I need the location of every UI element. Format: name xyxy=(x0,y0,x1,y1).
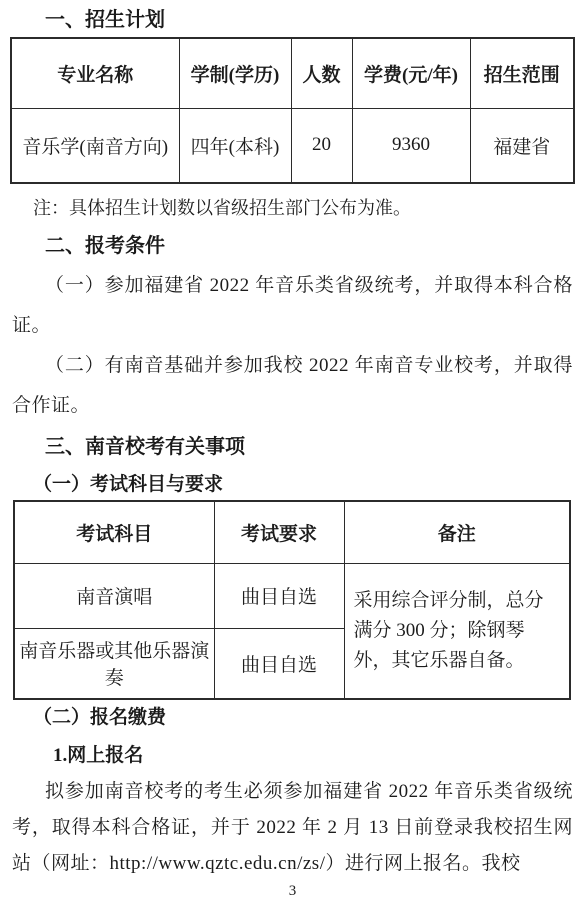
enrollment-table-header-row: 专业名称 学制(学历) 人数 学费(元/年) 招生范围 xyxy=(11,38,574,108)
col-header-subject: 考试科目 xyxy=(14,501,214,563)
cell-subject-instrument: 南音乐器或其他乐器演奏 xyxy=(14,628,214,699)
section1-heading: 一、招生计划 xyxy=(45,8,573,32)
col-header-scope: 招生范围 xyxy=(470,38,574,108)
cell-requirement-instrument: 曲目自选 xyxy=(214,628,344,699)
cell-remark-merged: 采用综合评分制，总分满分 300 分；除钢琴外，其它乐器自备。 xyxy=(344,563,570,699)
condition-item-1: （一）参加福建省 2022 年音乐类省级统考，并取得本科合格证。 xyxy=(12,266,573,346)
cell-scope: 福建省 xyxy=(470,108,574,183)
cell-count: 20 xyxy=(291,108,352,183)
online-registration-paragraph: 拟参加南音校考的考生必须参加福建省 2022 年音乐类省级统考，取得本科合格证，… xyxy=(12,774,573,882)
exam-subjects-subheading: （一）考试科目与要求 xyxy=(33,473,573,497)
enrollment-table-data-row: 音乐学(南音方向) 四年(本科) 20 9360 福建省 xyxy=(11,108,574,183)
enrollment-plan-table: 专业名称 学制(学历) 人数 学费(元/年) 招生范围 音乐学(南音方向) 四年… xyxy=(10,37,575,184)
cell-tuition: 9360 xyxy=(352,108,470,183)
document-page: 一、招生计划 专业名称 学制(学历) 人数 学费(元/年) 招生范围 音乐学(南… xyxy=(0,0,585,905)
enrollment-note: 注：具体招生计划数以省级招生部门公布为准。 xyxy=(33,195,573,221)
section2-heading: 二、报考条件 xyxy=(45,234,573,258)
exam-subjects-table: 考试科目 考试要求 备注 南音演唱 曲目自选 采用综合评分制，总分满分 300 … xyxy=(13,500,571,700)
col-header-remark: 备注 xyxy=(344,501,570,563)
condition-item-2: （二）有南音基础并参加我校 2022 年南音专业校考，并取得合作证。 xyxy=(12,346,573,426)
cell-duration: 四年(本科) xyxy=(179,108,291,183)
cell-subject-vocal: 南音演唱 xyxy=(14,563,214,628)
exam-table-header-row: 考试科目 考试要求 备注 xyxy=(14,501,570,563)
page-number: 3 xyxy=(12,884,573,899)
col-header-major: 专业名称 xyxy=(11,38,179,108)
col-header-count: 人数 xyxy=(291,38,352,108)
online-registration-heading: 1.网上报名 xyxy=(53,744,573,768)
registration-fee-subheading: （二）报名缴费 xyxy=(33,706,573,730)
col-header-requirement: 考试要求 xyxy=(214,501,344,563)
cell-major: 音乐学(南音方向) xyxy=(11,108,179,183)
exam-table-row-vocal: 南音演唱 曲目自选 采用综合评分制，总分满分 300 分；除钢琴外，其它乐器自备… xyxy=(14,563,570,628)
col-header-tuition: 学费(元/年) xyxy=(352,38,470,108)
section3-heading: 三、南音校考有关事项 xyxy=(45,435,573,459)
cell-requirement-vocal: 曲目自选 xyxy=(214,563,344,628)
col-header-duration: 学制(学历) xyxy=(179,38,291,108)
